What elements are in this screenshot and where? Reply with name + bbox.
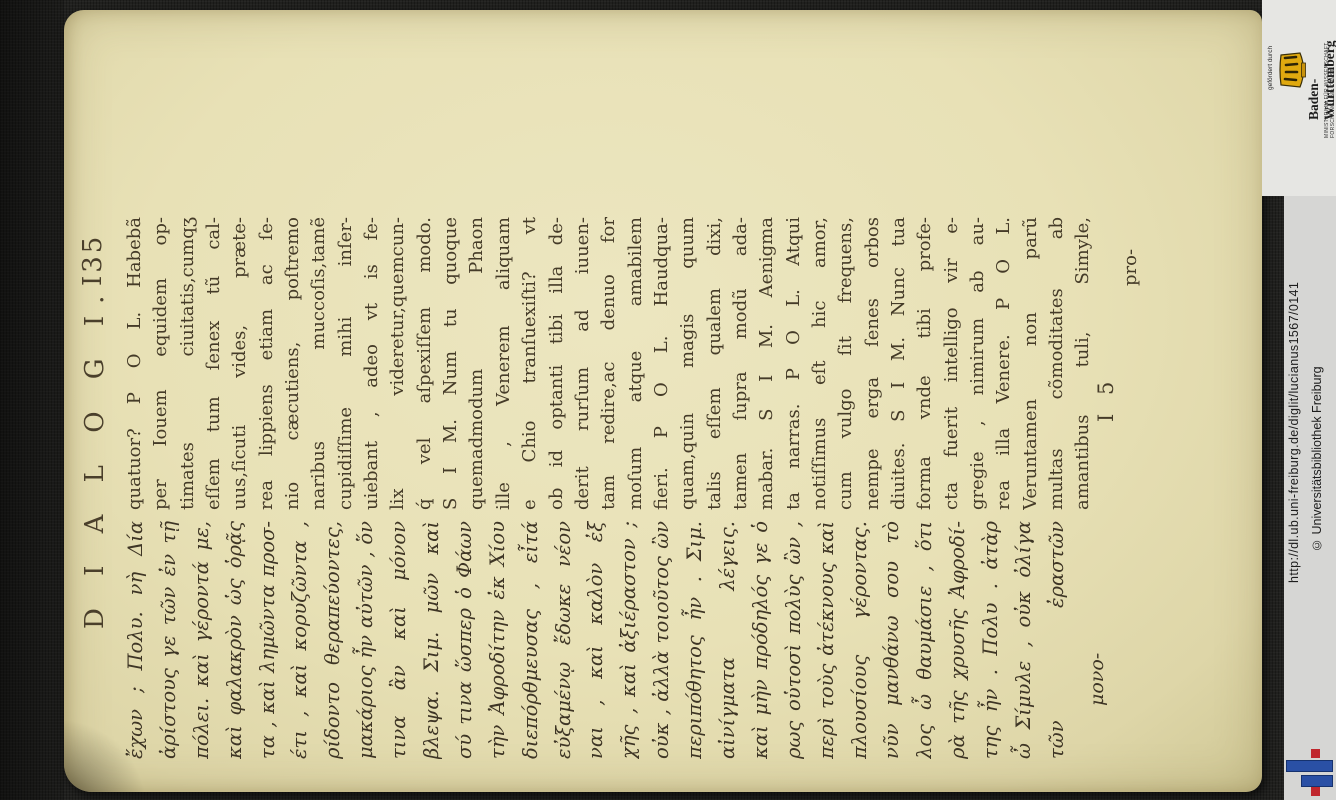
funding-label: gefördert durch bbox=[1267, 44, 1274, 90]
logo-red-square bbox=[1311, 749, 1320, 758]
latin-text-line: uus,ſicuti vides, præte- bbox=[227, 217, 253, 510]
latin-text-line: per Iouem equidem op- bbox=[148, 217, 174, 510]
greek-text-line: εὐξαμένῳ ἔδωκε νέον εἶ- bbox=[548, 521, 581, 759]
latin-text-line: ta narras. P O L. Atqui bbox=[781, 217, 807, 510]
greek-text-line: λος ὦ θαυμάσιε , ὅτι πα- bbox=[909, 521, 942, 759]
greek-text-line: ἔχων ; Πολυ. νὴ Δία τοὺς bbox=[120, 521, 153, 759]
baden-wuerttemberg-coat-of-arms-icon bbox=[1278, 49, 1308, 91]
latin-text-line: mabar. S I M. Aenigma bbox=[754, 217, 780, 510]
latin-text-line: rea illa Venere. P O L. bbox=[991, 217, 1017, 510]
latin-text-line: naribus muccoſis,tamẽ bbox=[306, 217, 332, 510]
source-url: http://dl.ub.uni-freiburg.de/diglit/luci… bbox=[1287, 243, 1301, 583]
latin-text-line: talis eſſem qualem dixi, bbox=[702, 217, 728, 510]
greek-text-line: τινα ἂν καὶ μόνον προσέ- bbox=[383, 521, 416, 759]
logo-blue-bar bbox=[1286, 760, 1333, 772]
latin-text-line: quemadmodum Phaon bbox=[464, 217, 490, 510]
greek-text-line: πλουσίους γέροντας. Σι. bbox=[844, 521, 877, 759]
greek-text-line: ναι , καὶ καλὸν ἐξ ὑπαρ- bbox=[580, 521, 613, 759]
latin-text-line: quam,quin magis quum bbox=[675, 217, 701, 510]
logo-red-square bbox=[1311, 787, 1320, 796]
latin-text-line: nempe erga ſenes orbos bbox=[860, 217, 886, 510]
latin-text-line: derit rurſum ad iuuen- bbox=[570, 217, 596, 510]
greek-text-line: νῦν μανθάνω σου τὸ κάλ- bbox=[876, 521, 909, 759]
greek-text-line: περιπόθητος ἦν . Σιμ. bbox=[679, 521, 712, 759]
book-page-scan: D I A L O G I. I35 ἔχων ; Πολυ. νὴ Δία τ… bbox=[64, 10, 1262, 792]
latin-text-line: eſſem tum ſenex tũ cal- bbox=[201, 217, 227, 510]
greek-text-line: καὶ φαλακρὸν ὡς ὁρᾷς ὄν- bbox=[219, 521, 252, 759]
scanner-background bbox=[0, 0, 64, 800]
greek-text-line: ἀρίστους γε τῶν ἐν τῇ bbox=[153, 521, 186, 759]
latin-text-line: ob id optanti tibi illa de- bbox=[544, 217, 570, 510]
greek-text-line: καὶ μὴν πρόδηλός γε ὁ ἔ- bbox=[745, 521, 778, 759]
ministry-name: MINISTERIUM FÜR WISSENSCHAFT, FORSCHUNG … bbox=[1324, 20, 1336, 138]
greek-catchword: μονο- bbox=[1086, 653, 1108, 706]
latin-text-line: gregie , nimirum ab au- bbox=[965, 217, 991, 510]
latin-text-line: diuites. S I M. Nunc tua bbox=[886, 217, 912, 510]
greek-text-line: μακάριος ἦν αὐτῶν , ὅν bbox=[350, 521, 383, 759]
latin-text-column: quatuor? P O L. Habebãper Iouem equidem … bbox=[122, 217, 1097, 510]
latin-text-line: e Chio tranſuexiſti? vt bbox=[517, 217, 543, 510]
latin-text-line: uiebant , adeo vt is fe- bbox=[359, 217, 385, 510]
greek-text-line: τῶν ἐραστῶν ἀπολέλαυκα , bbox=[1041, 521, 1074, 759]
gathering-signature: I 5 bbox=[1094, 376, 1118, 422]
latin-text-line: tamen ſupra modũ ada- bbox=[728, 217, 754, 510]
latin-text-line: cupidiſſime mihi inſer- bbox=[333, 217, 359, 510]
latin-text-line: q́ vel aſpexiſſem modo. bbox=[412, 217, 438, 510]
greek-text-line: της ἦν . Πολυ . ἀτὰρ bbox=[975, 521, 1008, 759]
latin-text-line: nio cæcutiens, poſtremo bbox=[280, 217, 306, 510]
greek-text-line: ρως οὑτοσὶ πολὺς ὢν , ὁ bbox=[778, 521, 811, 759]
latin-catchword: pro- bbox=[1120, 249, 1141, 286]
latin-text-line: S I M. Num tu quoque bbox=[438, 217, 464, 510]
page-header-title: D I A L O G I. bbox=[80, 284, 110, 629]
greek-text-line: οὐκ , ἀλλὰ τοιοῦτος ὢν , bbox=[646, 521, 679, 759]
latin-text-line: forma vnde tibi profe- bbox=[912, 217, 938, 510]
greek-text-line: ὦ Σίμυλε , οὐκ ὀλίγα bbox=[1008, 521, 1041, 759]
greek-text-line: τα , καὶ λημῶντα προσ- bbox=[252, 521, 285, 759]
greek-text-column: ἔχων ; Πολυ. νὴ Δία τοὺςἀρίστους γε τῶν … bbox=[120, 521, 1074, 759]
page-readable-content: D I A L O G I. I35 ἔχων ; Πολυ. νὴ Δία τ… bbox=[64, 10, 1262, 792]
copyright-notice: © Universitätsbibliothek Freiburg bbox=[1310, 312, 1324, 552]
greek-text-line: σύ τινα ὥσπερ ὁ Φάων bbox=[449, 521, 482, 759]
latin-text-line: quatuor? P O L. Habebã bbox=[122, 217, 148, 510]
greek-text-line: έτι , καὶ κορυζῶντα , ὑπε- bbox=[284, 521, 317, 759]
latin-text-line: timates ciuitatis,cumqʒ bbox=[175, 217, 201, 510]
greek-text-line: ρίδοντο θεραπεύοντες, ἢ bbox=[317, 521, 350, 759]
latin-text-line: multas cõmoditates ab bbox=[1044, 217, 1070, 510]
latin-text-line: fieri. P O L. Haudqua- bbox=[649, 217, 675, 510]
latin-text-line: amantibus tuli, Simyle, bbox=[1070, 217, 1096, 510]
greek-text-line: διεπόρθμευσας , εἶτά σοι bbox=[515, 521, 548, 759]
greek-text-line: αἰνίγματα λέγεις. Πολυ. bbox=[712, 521, 745, 759]
latin-text-line: ille , Venerem aliquam bbox=[491, 217, 517, 510]
greek-text-line: ρὰ τῆς χρυσῆς Ἀφροδί- bbox=[942, 521, 975, 759]
greek-text-line: βλεψα. Σιμ. μῶν καὶ bbox=[416, 521, 449, 759]
greek-text-line: χῆς , καὶ ἀξιέραστον ; Πολυ. bbox=[613, 521, 646, 759]
latin-text-line: Veruntamen non parũ bbox=[1018, 217, 1044, 510]
latin-text-line: lix videretur,quemcun- bbox=[385, 217, 411, 510]
latin-text-line: cta fuerit intelligo vir e- bbox=[939, 217, 965, 510]
greek-text-line: περὶ τοὺς ἀτέκνους καὶ bbox=[811, 521, 844, 759]
latin-text-line: tam redire,ac denuo for bbox=[596, 217, 622, 510]
latin-text-line: cum vulgo ſit frequens, bbox=[833, 217, 859, 510]
latin-text-line: notiſſimus eſt hic amor, bbox=[807, 217, 833, 510]
page-number: I35 bbox=[78, 234, 108, 286]
logo-blue-bar bbox=[1301, 775, 1333, 787]
greek-text-line: πόλει. καὶ γέροντά με, bbox=[186, 521, 219, 759]
greek-text-line: τὴν Ἀφροδίτην ἐκ Χίου bbox=[482, 521, 515, 759]
latin-text-line: rea lippiens etiam ac ſe- bbox=[254, 217, 280, 510]
latin-text-line: moſum atque amabilem bbox=[623, 217, 649, 510]
